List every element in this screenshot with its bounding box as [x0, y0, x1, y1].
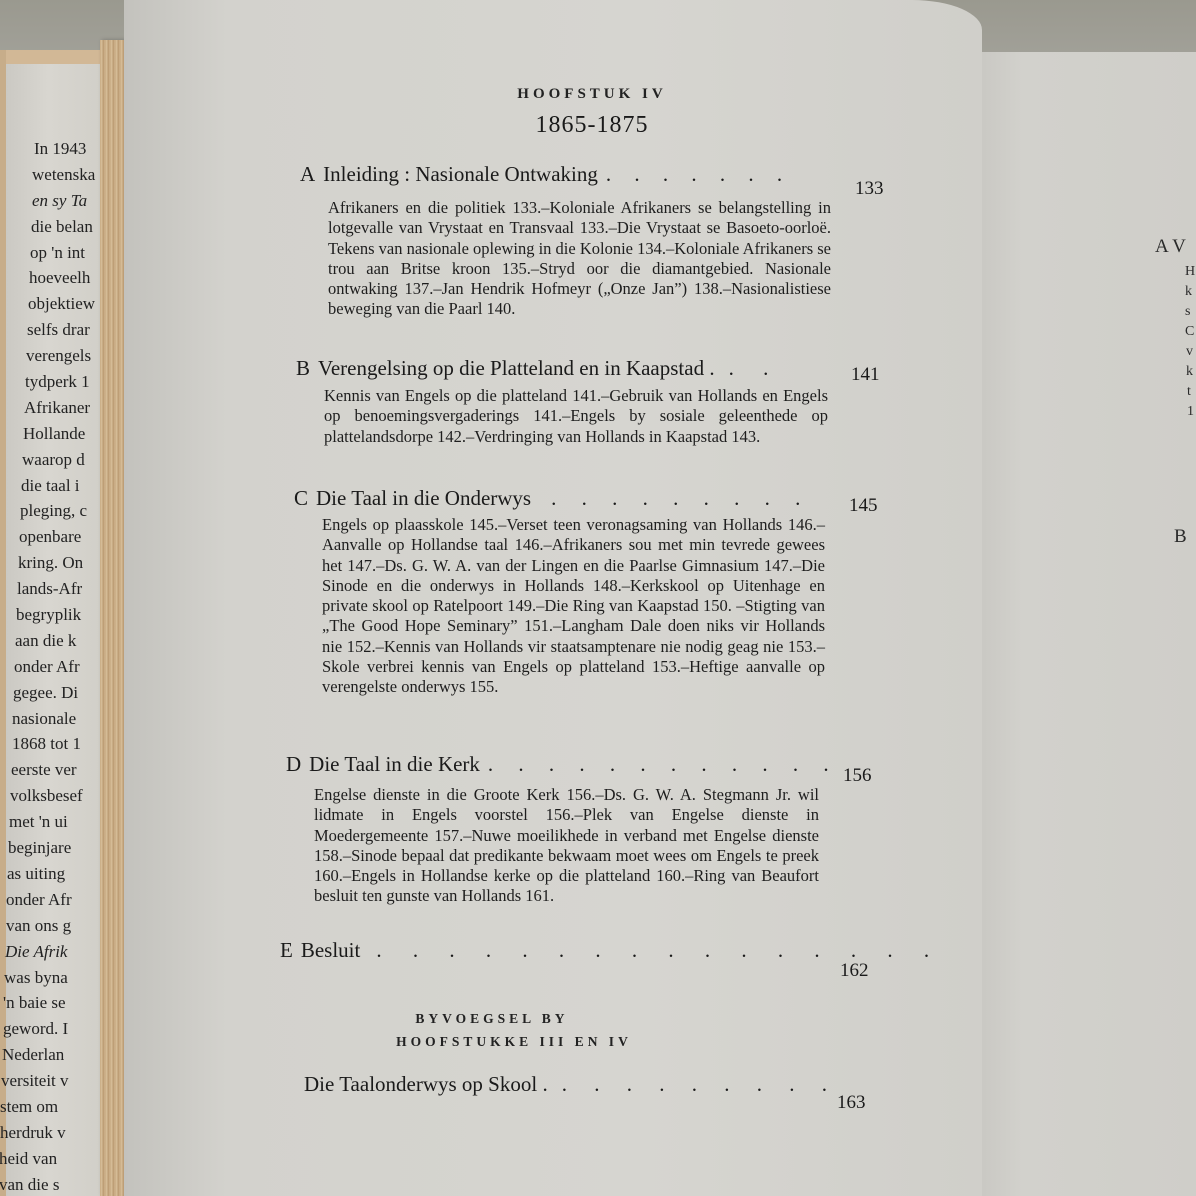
main-book-page: HOOFSTUK IV 1865-1875 A Inleiding : Nasi… [124, 0, 982, 1196]
toc-entry-appendix: Die Taalonderwys op Skool . . . . . . . … [304, 1072, 838, 1097]
right-fragment: v [1186, 342, 1193, 362]
page-number: 133 [855, 178, 884, 200]
toc-entry-a: A Inleiding : Nasionale Ontwaking . . . … [300, 162, 791, 187]
right-fragment: t [1187, 382, 1191, 402]
right-section-letter: B [1174, 526, 1187, 548]
right-section-letter: A V [1155, 236, 1186, 258]
page-number: 163 [837, 1092, 866, 1114]
section-letter: C [294, 486, 308, 511]
toc-entry-c: C Die Taal in die Onderwys . . . . . . .… [294, 486, 810, 511]
section-letter: A [300, 162, 315, 187]
right-fragment: k [1185, 282, 1192, 302]
section-title: Die Taal in die Onderwys [316, 486, 531, 511]
right-fragment: s [1185, 302, 1190, 322]
toc-entry-b: B Verengelsing op die Platteland en in K… [296, 356, 780, 381]
right-fragment: C [1185, 322, 1194, 342]
leader-dots: . . [729, 356, 781, 381]
section-letter: D [286, 752, 301, 777]
leader-dots: . . . . . . . [606, 162, 791, 187]
right-fragment: H [1185, 262, 1195, 282]
section-title: Die Taal in die Kerk [309, 752, 480, 777]
leader-dots: . . . . . . . . . [562, 1072, 838, 1097]
leader-dots: . . . . . . . . . [551, 486, 810, 511]
toc-entry-d: D Die Taal in die Kerk . . . . . . . . .… [286, 752, 839, 777]
section-summary: Engels op plaasskole 145.–Verset teen ve… [322, 515, 825, 698]
appendix-heading-line2: HOOFSTUKKE III EN IV [394, 1034, 634, 1050]
section-summary: Afrikaners en die politiek 133.–Kolonial… [328, 198, 831, 320]
chapter-years: 1865-1875 [492, 112, 692, 139]
section-title: Verengelsing op die Platteland en in Kaa… [318, 356, 715, 381]
chapter-heading: HOOFSTUK IV [492, 86, 692, 103]
page-edge-top [0, 50, 112, 64]
section-letter: E [280, 938, 293, 963]
book-page-edges [100, 40, 126, 1196]
section-summary: Kennis van Engels op die platteland 141.… [324, 386, 828, 447]
section-letter: B [296, 356, 310, 381]
right-fragment: 1 [1187, 402, 1194, 422]
section-title: Besluit [301, 938, 361, 963]
appendix-heading-line1: BYVOEGSEL BY [412, 1011, 572, 1027]
appendix-title: Die Taalonderwys op Skool . [304, 1072, 548, 1097]
leader-dots: . . . . . . . . . . . . [488, 752, 839, 777]
page-number: 156 [843, 765, 872, 787]
section-title: Inleiding : Nasionale Ontwaking [323, 162, 598, 187]
page-number: 145 [849, 495, 878, 517]
page-number: 162 [840, 960, 869, 982]
right-fragment: k [1186, 362, 1193, 382]
section-summary: Engelse dienste in die Groote Kerk 156.–… [314, 785, 819, 907]
page-number: 141 [851, 364, 880, 386]
right-book-page: A V H k s C v k t 1 B [978, 52, 1196, 1196]
